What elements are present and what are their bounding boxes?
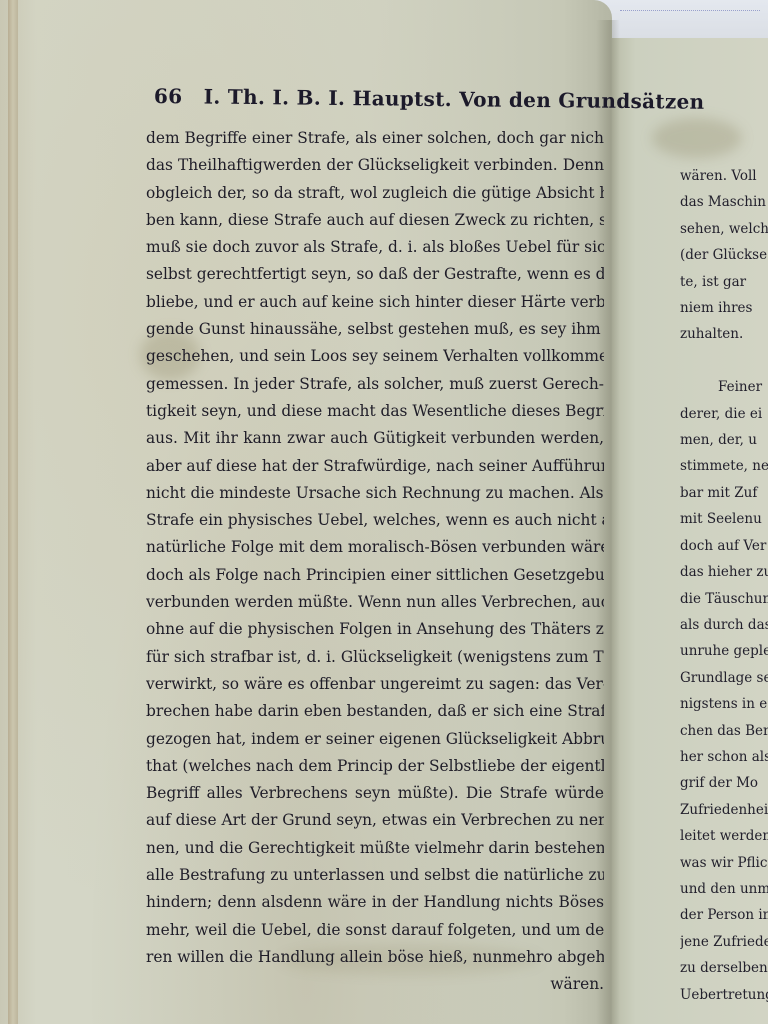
text-line: men, der, u (680, 427, 768, 453)
text-line: obgleich der, so da straft, wol zugleich… (146, 180, 604, 207)
text-line: ren willen die Handlung allein böse hieß… (146, 944, 604, 971)
text-line: bliebe, und er auch auf keine sich hinte… (146, 289, 604, 316)
body-text: dem Begriffe einer Strafe, als einer sol… (146, 125, 604, 999)
text-line: der Person in (680, 902, 768, 928)
text-line: alle Bestrafung zu unterlassen und selbs… (146, 862, 604, 889)
text-line: Grundlage se (680, 665, 768, 691)
text-line: hindern; denn alsdenn wäre in der Handlu… (146, 889, 604, 916)
paper-stain (652, 118, 742, 158)
text-line: muß sie doch zuvor als Strafe, d. i. als… (146, 234, 604, 261)
text-line (680, 348, 768, 374)
text-line: doch als Folge nach Principien einer sit… (146, 562, 604, 589)
text-line: was wir Pflic (680, 850, 768, 876)
text-line: Uebertretung (680, 982, 768, 1008)
text-line: gemessen. In jeder Strafe, als solcher, … (146, 371, 604, 398)
text-line: niem ihres (680, 295, 768, 321)
text-line: bar mit Zuf (680, 480, 768, 506)
text-line: aus. Mit ihr kann zwar auch Gütigkeit ve… (146, 425, 604, 452)
text-line: verbunden werden müßte. Wenn nun alles V… (146, 589, 604, 616)
text-line: das hieher zu (680, 559, 768, 585)
text-line: jene Zufrieden (680, 929, 768, 955)
text-line: that (welches nach dem Princip der Selbs… (146, 753, 604, 780)
text-line: das Theilhaftigwerden der Glückseligkeit… (146, 152, 604, 179)
text-line: her schon als (680, 744, 768, 770)
text-line: nen, und die Gerechtigkeit müßte vielmeh… (146, 835, 604, 862)
handwriting-scribble (620, 4, 760, 11)
text-line: Begriff alles Verbrechens seyn müßte). D… (146, 780, 604, 807)
right-page-text: wären. Volldas Maschinsehen, welche(der … (680, 163, 768, 1008)
text-line: gezogen hat, indem er seiner eigenen Glü… (146, 726, 604, 753)
text-line: sehen, welche (680, 216, 768, 242)
text-line: chen das Ber (680, 718, 768, 744)
text-line: ohne auf die physischen Folgen in Ansehu… (146, 616, 604, 643)
text-line: mehr, weil die Uebel, die sonst darauf f… (146, 917, 604, 944)
text-line: unruhe geple (680, 638, 768, 664)
text-line: Strafe ein physisches Uebel, welches, we… (146, 507, 604, 534)
text-line: wären. Voll (680, 163, 768, 189)
running-header: 66 I. Th. I. B. I. Hauptst. Von den Grun… (154, 84, 594, 113)
text-line: zuhalten. (680, 321, 768, 347)
text-line: das Maschin (680, 189, 768, 215)
text-line: als durch das (680, 612, 768, 638)
text-line: leitet werden. (680, 823, 768, 849)
text-line: (der Glückse (680, 242, 768, 268)
text-line: auf diese Art der Grund seyn, etwas ein … (146, 807, 604, 834)
text-line: stimmete, ne (680, 453, 768, 479)
text-line: selbst gerechtfertigt seyn, so daß der G… (146, 261, 604, 288)
text-line: verwirkt, so wäre es offenbar ungereimt … (146, 671, 604, 698)
text-line: dem Begriffe einer Strafe, als einer sol… (146, 125, 604, 152)
text-line: ben kann, diese Strafe auch auf diesen Z… (146, 207, 604, 234)
text-line: natürliche Folge mit dem moralisch-Bösen… (146, 534, 604, 561)
text-line: zu derselben, (680, 955, 768, 981)
text-line: nicht die mindeste Ursache sich Rechnung… (146, 480, 604, 507)
page-number: 66 (154, 84, 183, 108)
text-line: geschehen, und sein Loos sey seinem Verh… (146, 343, 604, 370)
text-line: tigkeit seyn, und diese macht das Wesent… (146, 398, 604, 425)
text-line: für sich strafbar ist, d. i. Glückseligk… (146, 644, 604, 671)
text-line: Feiner (680, 374, 768, 400)
text-line: brechen habe darin eben bestanden, daß e… (146, 698, 604, 725)
text-line: derer, die ei (680, 401, 768, 427)
text-line: aber auf diese hat der Strafwürdige, nac… (146, 453, 604, 480)
text-line: doch auf Ver (680, 533, 768, 559)
text-line: gende Gunst hinaussähe, selbst gestehen … (146, 316, 604, 343)
text-line: grif der Mo (680, 770, 768, 796)
text-line: te, ist gar (680, 269, 768, 295)
catchword: wären. (146, 971, 604, 998)
text-line: die Täuschun (680, 586, 768, 612)
text-line: nigstens in e (680, 691, 768, 717)
text-line: Zufriedenheit (680, 797, 768, 823)
page-edge (8, 0, 18, 1024)
text-line: mit Seelenu (680, 506, 768, 532)
text-line: und den unm (680, 876, 768, 902)
